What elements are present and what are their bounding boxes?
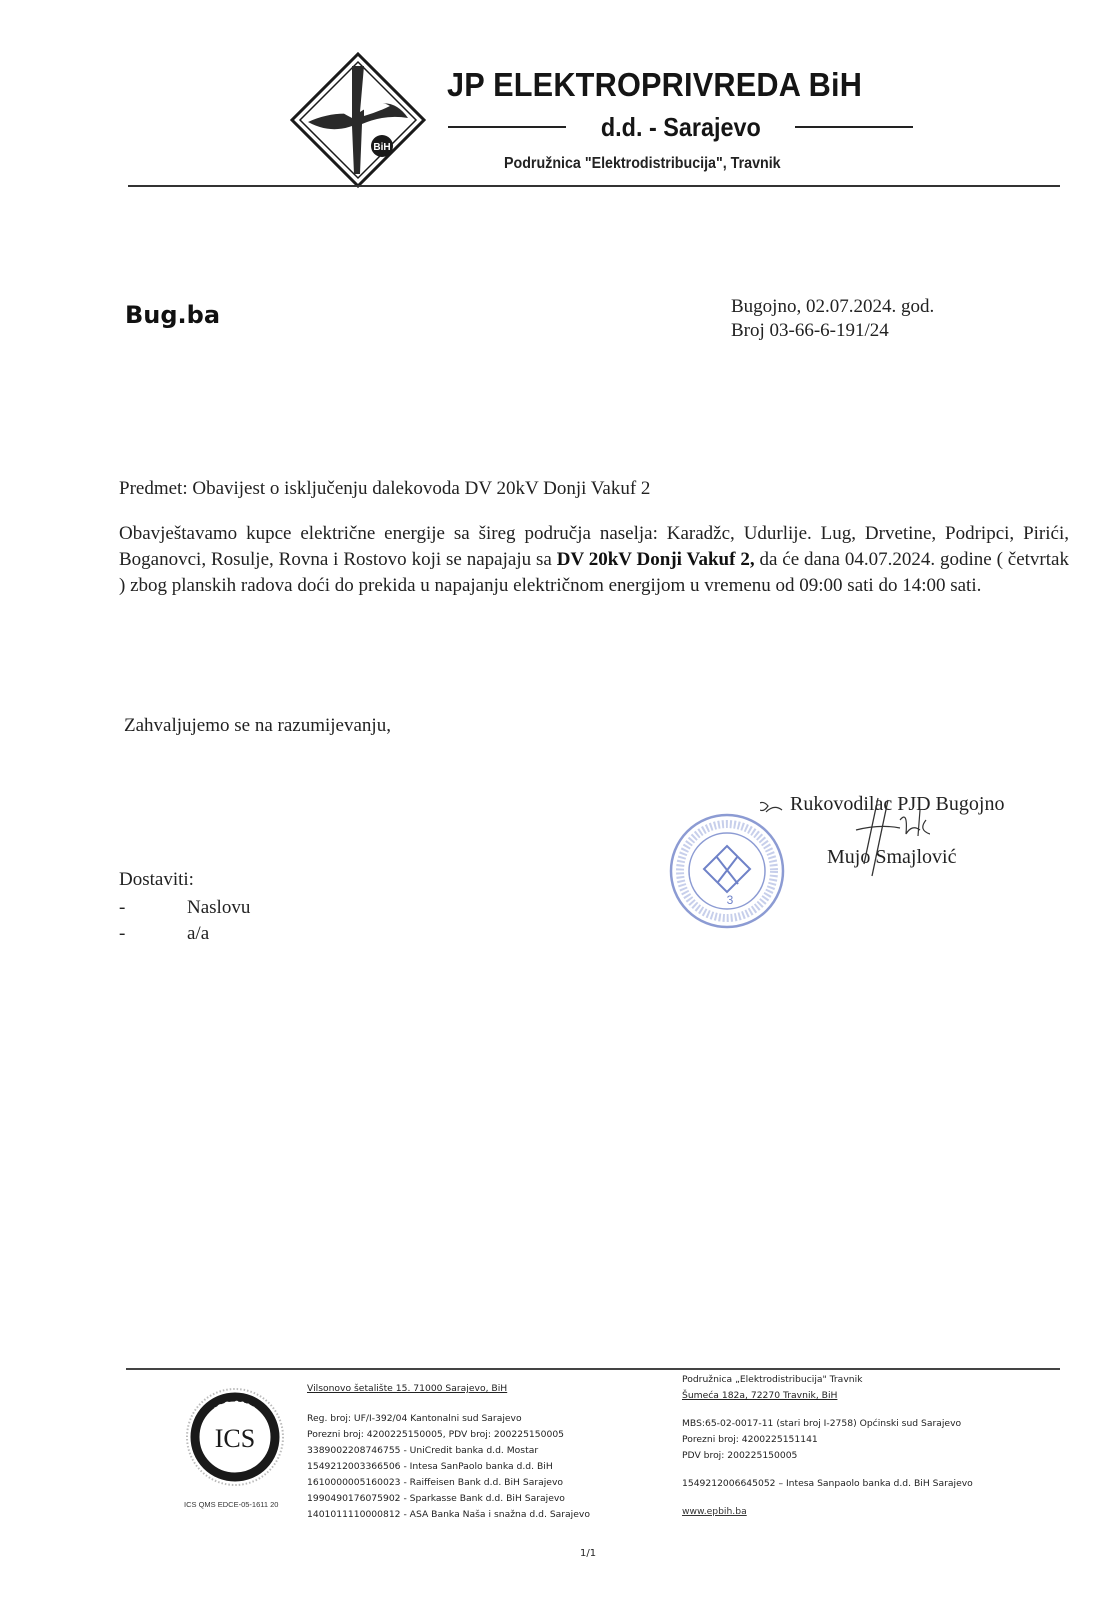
distribution-item-text: Naslovu bbox=[187, 895, 250, 921]
company-name: JP ELEKTROPRIVREDA BiH bbox=[447, 66, 862, 104]
svg-text:ICS: ICS bbox=[215, 1424, 255, 1453]
footer-line: Reg. broj: UF/I-392/04 Kantonalni sud Sa… bbox=[307, 1411, 590, 1427]
distribution-item-text: a/a bbox=[187, 921, 209, 947]
distribution-item: - a/a bbox=[119, 921, 250, 947]
distribution-item: - Naslovu bbox=[119, 895, 250, 921]
bank-account: 1401011110000812 - ASA Banka Naša i snaž… bbox=[307, 1507, 590, 1523]
footer-headquarters-info: Vilsonovo šetalište 15. 71000 Sarajevo, … bbox=[307, 1381, 590, 1523]
list-dash: - bbox=[119, 921, 187, 947]
signature-scribble-icon bbox=[760, 790, 930, 910]
watermark-text: Bug.ba bbox=[125, 301, 220, 329]
body-text-bold: DV 20kV Donji Vakuf 2, bbox=[557, 549, 755, 570]
branch-bank-account: 1549212006645052 – Intesa Sanpaolo banka… bbox=[682, 1476, 973, 1492]
subject-line: Predmet: Obavijest o isključenju dalekov… bbox=[119, 478, 650, 500]
distribution-list: - Naslovu - a/a bbox=[119, 895, 250, 947]
document-meta: Bugojno, 02.07.2024. god. Broj 03-66-6-1… bbox=[731, 295, 934, 343]
elektroprivreda-logo-icon: BiH bbox=[290, 52, 426, 188]
page-number: 1/1 bbox=[580, 1548, 596, 1559]
footer-line: PDV broj: 200225150005 bbox=[682, 1448, 973, 1464]
header-divider bbox=[128, 185, 1060, 187]
branch-name: Podružnica "Elektrodistribucija", Travni… bbox=[504, 155, 781, 173]
list-dash: - bbox=[119, 895, 187, 921]
bank-account: 3389002208746755 - UniCredit banka d.d. … bbox=[307, 1443, 590, 1459]
decorative-line-right bbox=[795, 126, 913, 128]
footer-line: Porezni broj: 4200225150005, PDV broj: 2… bbox=[307, 1427, 590, 1443]
body-paragraph: Obavještavamo kupce električne energije … bbox=[119, 521, 1069, 599]
footer-divider bbox=[126, 1368, 1060, 1370]
ics-certificate-code: ICS QMS EDCE-05-1611 20 bbox=[184, 1500, 278, 1509]
svg-text:3: 3 bbox=[727, 893, 734, 907]
ics-iso-badge-icon: ISO 9001 ICS bbox=[185, 1387, 285, 1487]
svg-text:BiH: BiH bbox=[373, 142, 390, 153]
hq-address: Vilsonovo šetalište 15. 71000 Sarajevo, … bbox=[307, 1381, 590, 1397]
footer-line: MBS:65-02-0017-11 (stari broj I-2758) Op… bbox=[682, 1416, 973, 1432]
distribution-label: Dostaviti: bbox=[119, 869, 194, 891]
footer-branch-info: Podružnica „Elektrodistribucija" Travnik… bbox=[682, 1372, 973, 1520]
company-subtitle: d.d. - Sarajevo bbox=[577, 112, 784, 143]
reference-number: Broj 03-66-6-191/24 bbox=[731, 319, 934, 343]
bank-account: 1990490176075902 - Sparkasse Bank d.d. B… bbox=[307, 1491, 590, 1507]
branch-name-footer: Podružnica „Elektrodistribucija" Travnik bbox=[682, 1372, 973, 1388]
closing-line: Zahvaljujemo se na razumijevanju, bbox=[124, 715, 391, 737]
footer-line: Porezni broj: 4200225151141 bbox=[682, 1432, 973, 1448]
iso-certification-badge: ISO 9001 ICS bbox=[185, 1387, 285, 1487]
company-logo: BiH bbox=[290, 52, 426, 188]
decorative-line-left bbox=[448, 126, 566, 128]
handwritten-signature bbox=[760, 790, 930, 910]
branch-address: Šumeća 182a, 72270 Travnik, BiH bbox=[682, 1388, 973, 1404]
bank-account: 1549212003366506 - Intesa SanPaolo banka… bbox=[307, 1459, 590, 1475]
website-link[interactable]: www.epbih.ba bbox=[682, 1506, 747, 1517]
bank-account: 1610000005160023 - Raiffeisen Bank d.d. … bbox=[307, 1475, 590, 1491]
company-subtitle-row: d.d. - Sarajevo bbox=[448, 110, 913, 144]
place-date: Bugojno, 02.07.2024. god. bbox=[731, 295, 934, 319]
